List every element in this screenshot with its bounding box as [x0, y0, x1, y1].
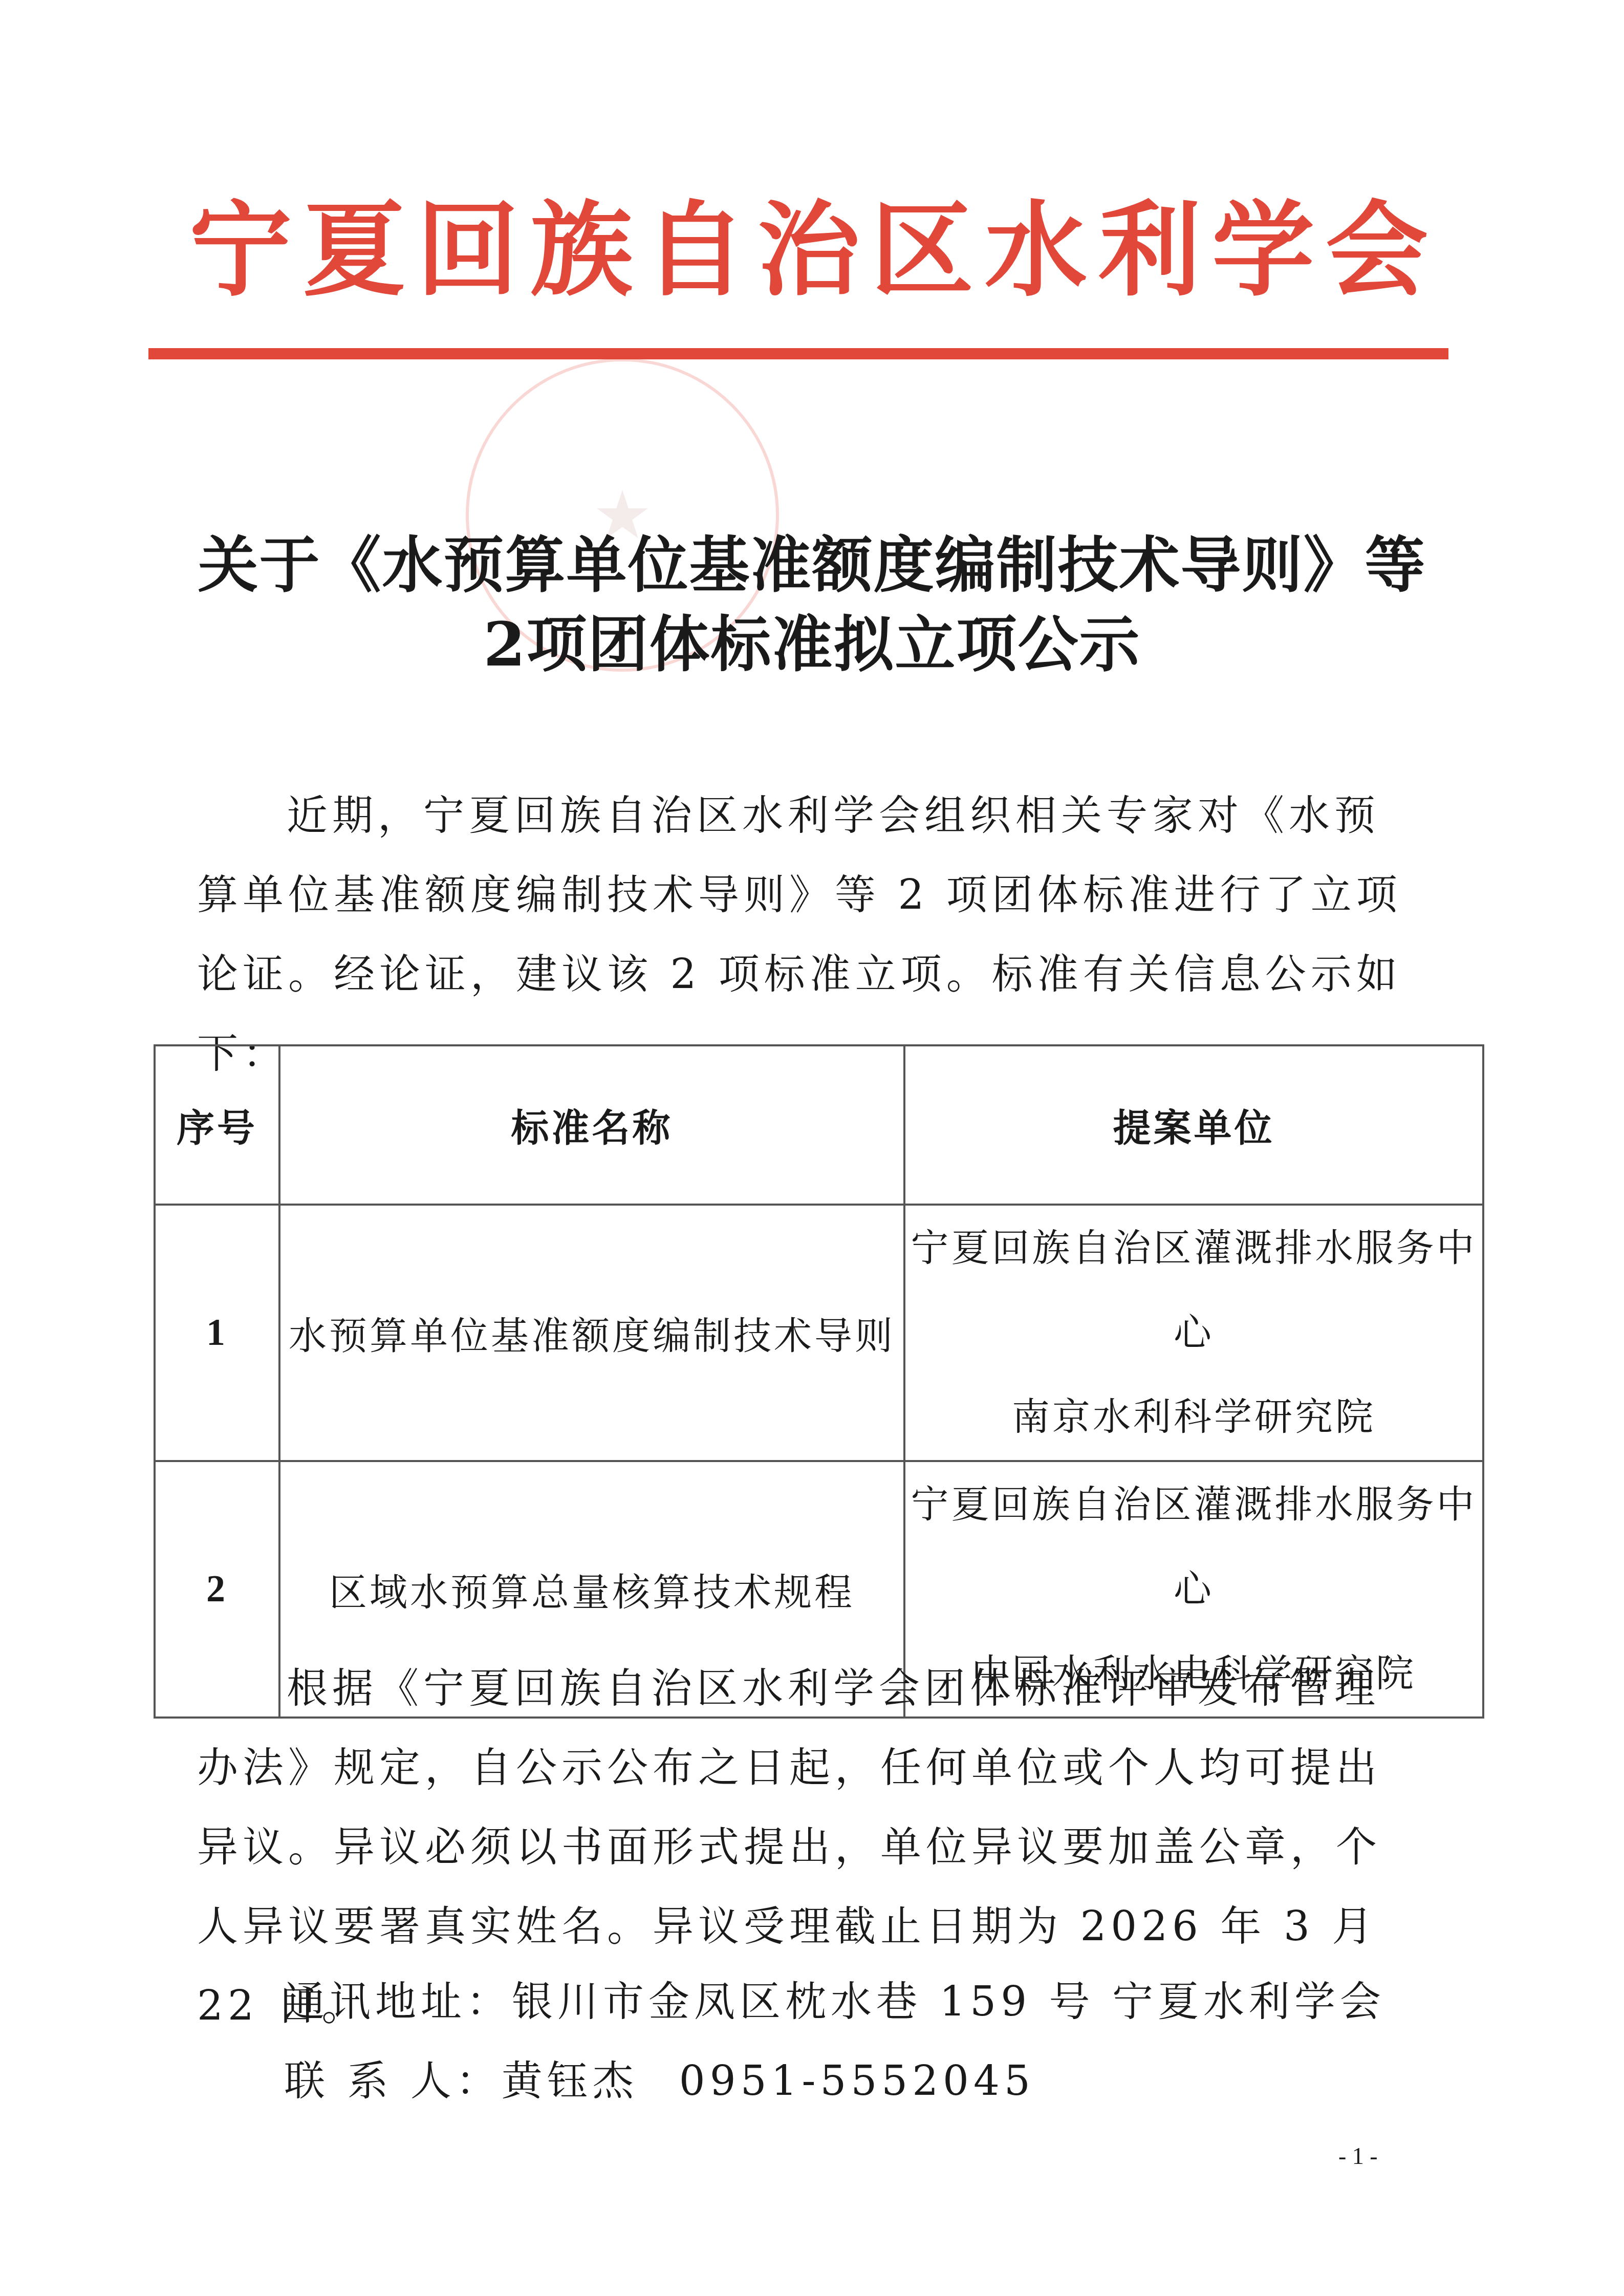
unit-name: 宁夏回族自治区灌溉排水服务中心: [906, 1206, 1482, 1375]
phone-number: 0951-5552045: [679, 2057, 1035, 2105]
row-no: 1: [155, 1205, 279, 1461]
address-label: 通讯地址：: [284, 1978, 512, 2025]
row-standard-name: 水预算单位基准额度编制技术导则: [279, 1205, 904, 1461]
contact-address: 通讯地址：银川市金凤区枕水巷 159 号 宁夏水利学会: [284, 1968, 1385, 2027]
table-row: 1 水预算单位基准额度编制技术导则 宁夏回族自治区灌溉排水服务中心 南京水利科学…: [155, 1205, 1483, 1461]
document-title-line2: 2项团体标准拟立项公示: [154, 614, 1470, 675]
unit-name: 宁夏回族自治区灌溉排水服务中心: [906, 1463, 1482, 1632]
unit-name: 南京水利科学研究院: [906, 1375, 1482, 1460]
standards-table: 序号 标准名称 提案单位 1 水预算单位基准额度编制技术导则 宁夏回族自治区灌溉…: [154, 1044, 1484, 1719]
red-header-rule: [148, 348, 1448, 359]
header-name: 标准名称: [279, 1045, 904, 1205]
header-no: 序号: [155, 1045, 279, 1205]
person-name: 黄钰杰: [502, 2057, 638, 2105]
header-unit: 提案单位: [904, 1045, 1483, 1205]
row-units: 宁夏回族自治区灌溉排水服务中心 南京水利科学研究院: [904, 1205, 1483, 1461]
intro-text: 近期，宁夏回族自治区水利学会组织相关专家对《水预算单位基准额度编制技术导则》等 …: [197, 791, 1402, 1077]
contact-person: 联 系 人：黄钰杰0951-5552045: [284, 2048, 1035, 2107]
person-label: 联 系 人：: [284, 2057, 502, 2105]
table-header-row: 序号 标准名称 提案单位: [155, 1045, 1483, 1205]
document-title-line1: 关于《水预算单位基准额度编制技术导则》等: [154, 535, 1470, 595]
address-value: 银川市金凤区枕水巷 159 号 宁夏水利学会: [512, 1978, 1385, 2025]
organization-masthead: 宁夏回族自治区水利学会: [189, 200, 1408, 302]
page-number: - 1 -: [1338, 2142, 1378, 2170]
